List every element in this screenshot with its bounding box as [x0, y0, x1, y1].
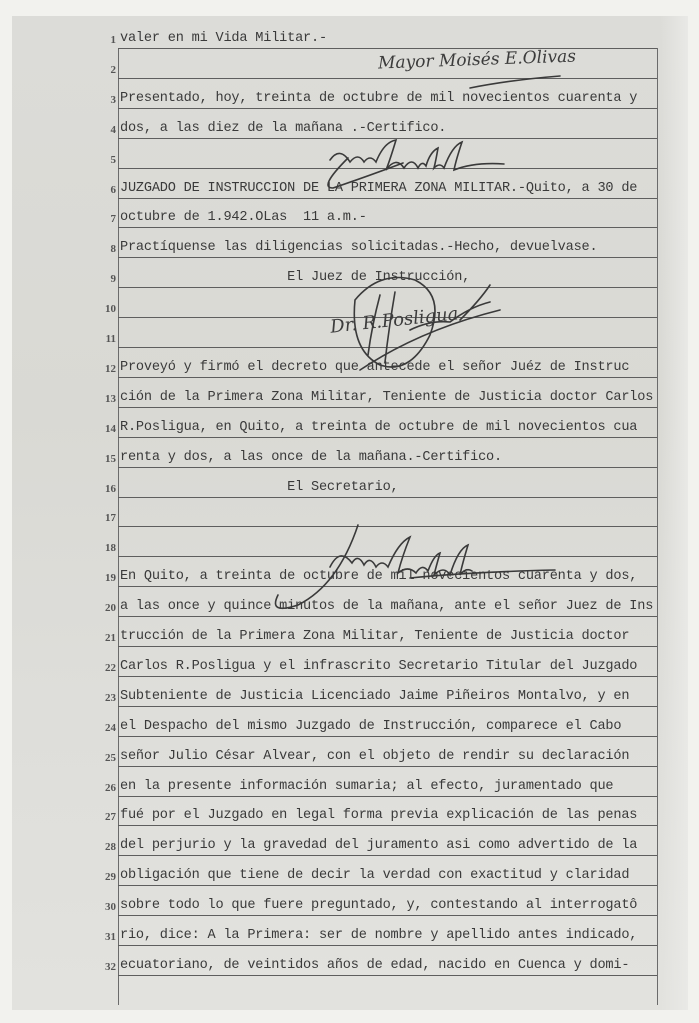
- typed-line: trucción de la Primera Zona Militar, Ten…: [120, 629, 629, 644]
- line-number: 25: [96, 752, 116, 764]
- typed-line: JUZGADO DE INSTRUCCION DE LA PRIMERA ZON…: [120, 181, 637, 196]
- typed-line: rio, dice: A la Primera: ser de nombre y…: [120, 928, 637, 943]
- rule-line: [118, 855, 657, 856]
- typed-line: sobre todo lo que fuere preguntado, y, c…: [120, 898, 637, 913]
- rule-line: [118, 706, 657, 707]
- typed-line: ción de la Primera Zona Militar, Tenient…: [120, 390, 653, 405]
- rule-line: [118, 825, 657, 826]
- rule-line: [118, 138, 657, 139]
- line-number: 27: [96, 811, 116, 823]
- line-number: 15: [96, 453, 116, 465]
- typed-line: En Quito, a treinta de octubre de mil no…: [120, 569, 637, 584]
- line-number: 2: [96, 64, 116, 76]
- typed-line: Practíquense las diligencias solicitadas…: [120, 240, 597, 255]
- typed-line: a las once y quince minutos de la mañana…: [120, 599, 653, 614]
- rule-line: [118, 646, 657, 647]
- rule-line: [118, 377, 657, 378]
- rule-line: [118, 586, 657, 587]
- typed-line: Subteniente de Justicia Licenciado Jaime…: [120, 689, 629, 704]
- rule-line: [118, 526, 657, 527]
- rule-line: [118, 915, 657, 916]
- typed-line: señor Julio César Alvear, con el objeto …: [120, 749, 629, 764]
- line-number: 24: [96, 722, 116, 734]
- line-number: 3: [96, 94, 116, 106]
- line-number: 23: [96, 692, 116, 704]
- typed-line: El Secretario,: [120, 480, 399, 495]
- typed-line: valer en mi Vida Militar.-: [120, 31, 327, 46]
- line-number: 5: [96, 154, 116, 166]
- typed-line: octubre de 1.942.OLas 11 a.m.-: [120, 210, 367, 225]
- rule-line: [118, 198, 657, 199]
- line-number: 13: [96, 393, 116, 405]
- rule-line: [118, 736, 657, 737]
- rule-line: [118, 48, 657, 49]
- rule-line: [118, 407, 657, 408]
- line-number: 1: [96, 34, 116, 46]
- line-number: 21: [96, 632, 116, 644]
- line-number: 11: [96, 333, 116, 345]
- line-number: 19: [96, 572, 116, 584]
- rule-line: [118, 556, 657, 557]
- line-number: 20: [96, 602, 116, 614]
- line-number: 4: [96, 124, 116, 136]
- line-number: 6: [96, 184, 116, 196]
- rule-line: [118, 885, 657, 886]
- line-number: 30: [96, 901, 116, 913]
- typed-line: Carlos R.Posligua y el infrascrito Secre…: [120, 659, 637, 674]
- typed-line: Presentado, hoy, treinta de octubre de m…: [120, 91, 637, 106]
- rule-line: [118, 168, 657, 169]
- line-number: 17: [96, 512, 116, 524]
- typed-line: en la presente información sumaria; al e…: [120, 779, 613, 794]
- typed-line: obligación que tiene de decir la verdad …: [120, 868, 629, 883]
- typed-line: Proveyó y firmó el decreto que antecede …: [120, 360, 629, 375]
- typed-line: fué por el Juzgado en legal forma previa…: [120, 808, 637, 823]
- rule-line: [118, 676, 657, 677]
- line-number: 12: [96, 363, 116, 375]
- line-number: 22: [96, 662, 116, 674]
- line-number: 26: [96, 782, 116, 794]
- line-number: 10: [96, 303, 116, 315]
- rule-line: [118, 108, 657, 109]
- rule-line: [118, 766, 657, 767]
- line-number: 18: [96, 542, 116, 554]
- rule-line: [118, 945, 657, 946]
- line-number: 16: [96, 483, 116, 495]
- typed-line: R.Posligua, en Quito, a treinta de octub…: [120, 420, 637, 435]
- line-number: 9: [96, 273, 116, 285]
- rule-line: [118, 616, 657, 617]
- line-number: 29: [96, 871, 116, 883]
- rule-line: [118, 347, 657, 348]
- rule-line: [118, 467, 657, 468]
- line-number: 14: [96, 423, 116, 435]
- rule-line: [118, 287, 657, 288]
- rule-line: [118, 437, 657, 438]
- line-number: 7: [96, 213, 116, 225]
- line-number: 31: [96, 931, 116, 943]
- rule-line: [118, 78, 657, 79]
- rule-line: [118, 975, 657, 976]
- typed-line: ecuatoriano, de veintidos años de edad, …: [120, 958, 629, 973]
- typed-line: el Despacho del mismo Juzgado de Instruc…: [120, 719, 621, 734]
- rule-line: [118, 227, 657, 228]
- rule-line: [118, 257, 657, 258]
- typed-line: del perjurio y la gravedad del juramento…: [120, 838, 637, 853]
- line-number: 28: [96, 841, 116, 853]
- typed-line: El Juez de Instrucción,: [120, 270, 470, 285]
- typed-line: renta y dos, a las once de la mañana.-Ce…: [120, 450, 502, 465]
- rule-line: [118, 497, 657, 498]
- line-number: 32: [96, 961, 116, 973]
- line-number: 8: [96, 243, 116, 255]
- typed-line: dos, a las diez de la mañana .-Certifico…: [120, 121, 446, 136]
- rule-line: [118, 796, 657, 797]
